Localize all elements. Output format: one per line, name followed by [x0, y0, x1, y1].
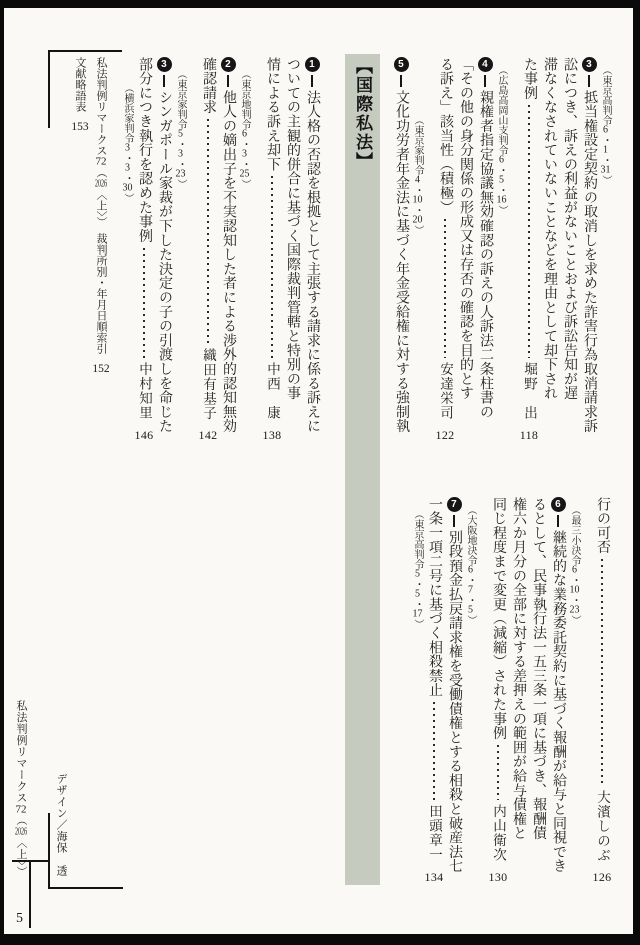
toc-entry: （大阪地決令6・7・5）7別段預金払戻請求権を受働債権とする相殺と破産法七一条一… — [411, 497, 477, 887]
title-text: る訴え」該当性（積極） — [435, 57, 455, 214]
credit-bracket-vertical — [48, 813, 50, 888]
entry-title-line: ついての主観的併合に基づく国際裁判管轄と特別の事 — [282, 57, 302, 445]
dot-leader — [528, 105, 530, 358]
title-text: た事例 — [519, 57, 539, 100]
title-text: 「その他の身分関係の形成又は存否の確認を目的とす — [455, 57, 475, 400]
page-number: 122 — [436, 425, 455, 445]
toc-entry: 1法人格の否認を根拠として主張する請求に係る訴えについての主観的併合に基づく国際… — [262, 57, 322, 445]
secondary-case-citation: （横浜家判令3・3・30） — [121, 57, 134, 445]
entry-title-line: 1法人格の否認を根拠として主張する請求に係る訴えに — [302, 57, 322, 445]
entry-title-line: 7別段預金払戻請求権を受働債権とする相殺と破産法七 — [444, 497, 464, 887]
entry-title-line: 6継続的な業務委託契約に基づく報酬が給与と同視でき — [548, 497, 568, 887]
title-text: るとして、民事執行法一五三条一項に基づき、報酬債 — [528, 497, 548, 840]
author-name: 内山衛次 — [488, 804, 508, 862]
case-citation: （最三小決令6・10・23） — [568, 497, 581, 887]
case-citation: （東京家判令4・10・20） — [411, 57, 424, 445]
entry-title-line: 訟につき、訴えの利益がないことおよび訴訟告知が遅 — [559, 57, 579, 445]
toc-entry: （広島高岡山支判令6・5・16）4親権者指定協議無効確認の訴えの人訴法二条柱書の… — [435, 57, 508, 445]
entry-title-line: 5文化功労者年金法に基づく年金受給権に対する強制執 — [391, 57, 411, 445]
dot-leader — [271, 176, 273, 358]
folio: 5 — [16, 911, 23, 927]
entry-title-line: た事例堀野 出118 — [519, 57, 539, 445]
entry-title-line: 4親権者指定協議無効確認の訴えの人訴法二条柱書の — [475, 57, 495, 445]
entry-title-line: る訴え」該当性（積極）安達栄司122 — [435, 57, 455, 445]
index-page-number: 152 — [92, 361, 109, 377]
title-text: 文化功労者年金法に基づく年金受給権に対する強制執 — [391, 90, 411, 433]
entry-title-line: 2他人の嫡出子を不実認知した者による渉外的認知無効 — [218, 57, 238, 445]
toc-entry: （東京家判令4・10・20）5文化功労者年金法に基づく年金受給権に対する強制執 — [391, 57, 424, 445]
entry-number-badge: 4 — [478, 57, 493, 72]
entry-dash — [557, 515, 559, 527]
toc-entry: （東京地判令6・3・25）2他人の嫡出子を不実認知した者による渉外的認知無効確認… — [198, 57, 251, 445]
author-name: 安達栄司 — [435, 362, 455, 420]
title-text: 同じ程度まで変更（減縮）された事例 — [488, 497, 508, 740]
toc-entry: （最三小決令6・10・23）6継続的な業務委託契約に基づく報酬が給与と同視できる… — [488, 497, 581, 887]
section-banner: 【国際私法】 — [345, 54, 380, 885]
page-number: 138 — [263, 425, 282, 445]
case-citation: （広島高岡山支判令6・5・16） — [495, 57, 508, 445]
case-citation: （東京家判令5・3・23） — [174, 57, 187, 445]
title-text: 訟につき、訴えの利益がないことおよび訴訟告知が遅 — [559, 57, 579, 400]
index-item-title: 文献略語表 — [72, 57, 88, 112]
title-text: 行の可否 — [592, 497, 612, 554]
case-citation: （東京地判令6・3・25） — [238, 57, 251, 445]
corner-bracket-top-vertical — [48, 50, 50, 128]
toc-entry: （東京高判令6・1・31）3抵当権設定契約の取消しを求めた詐害行為取消請求訴訟に… — [519, 57, 612, 445]
author-name: 中西 康 — [262, 362, 282, 420]
dot-leader — [143, 248, 145, 358]
title-text: 抵当権設定契約の取消しを求めた詐害行為取消請求訴 — [579, 90, 599, 433]
entry-dash — [588, 75, 590, 87]
title-text: 他人の嫡出子を不実認知した者による渉外的認知無効 — [218, 90, 238, 433]
title-text: シンガポール家裁が下した決定の子の引渡しを命じた — [154, 90, 174, 433]
page-number: 142 — [199, 425, 218, 445]
entry-title-line: 「その他の身分関係の形成又は存否の確認を目的とす — [455, 57, 475, 445]
entry-title-line: 行の可否大濱しのぶ126 — [592, 497, 612, 887]
title-text: 情による訴え却下 — [262, 57, 282, 171]
index-item: 文献略語表153 — [72, 57, 88, 445]
author-name: 堀野 出 — [519, 362, 539, 420]
entry-title-line: 権六か月分の全部に対する差押えの範囲が給与債権と — [508, 497, 528, 887]
section-banner-label: 【国際私法】 — [350, 54, 375, 885]
toc-page: 【国際私法】 （東京高判令6・1・31）3抵当権設定契約の取消しを求めた詐害行為… — [4, 8, 633, 934]
title-text: 一条一項二号に基づく相殺禁止 — [424, 497, 444, 697]
dot-leader — [444, 219, 446, 358]
page-number: 134 — [425, 867, 444, 887]
entry-number-badge: 7 — [447, 497, 462, 512]
continued-section-top-band: （東京高判令6・1・31）3抵当権設定契約の取消しを求めた詐害行為取消請求訴訟に… — [380, 57, 612, 445]
page-number: 130 — [489, 867, 508, 887]
author-name: 大濱しのぶ — [592, 790, 612, 863]
entry-dash — [227, 75, 229, 87]
continued-section-bottom-band: 行の可否大濱しのぶ126（最三小決令6・10・23）6継続的な業務委託契約に基づ… — [400, 497, 612, 887]
entry-number-badge: 3 — [157, 57, 172, 72]
entry-title-line: 部分につき執行を認めた事例中村知里146 — [134, 57, 154, 445]
title-text: 確認請求 — [198, 57, 218, 114]
entry-title-line: 滞なくなされていないことなどを理由として却下され — [539, 57, 559, 445]
index-item: 私法判例リマークス72（2026〈上〉） 裁判所別・年月日順索引152 — [93, 57, 109, 445]
folio-tick-vertical — [29, 860, 31, 928]
title-text: 親権者指定協議無効確認の訴えの人訴法二条柱書の — [475, 90, 495, 419]
entry-number-badge: 2 — [221, 57, 236, 72]
entry-dash — [311, 75, 313, 87]
title-text: 継続的な業務委託契約に基づく報酬が給与と同視でき — [548, 530, 568, 873]
dot-leader — [433, 702, 435, 800]
author-name: 織田有基子 — [198, 348, 218, 421]
page-number: 118 — [520, 425, 538, 445]
entry-dash — [400, 75, 402, 87]
entry-number-badge: 3 — [582, 57, 597, 72]
entry-title-line: 一条一項二号に基づく相殺禁止田頭章一134 — [424, 497, 444, 887]
title-text: 権六か月分の全部に対する差押えの範囲が給与債権と — [508, 497, 528, 840]
entry-title-line: 同じ程度まで変更（減縮）された事例内山衛次130 — [488, 497, 508, 887]
entry-title-line: 3抵当権設定契約の取消しを求めた詐害行為取消請求訴 — [579, 57, 599, 445]
case-citation: （大阪地決令6・7・5） — [464, 497, 477, 887]
toc-entry: 行の可否大濱しのぶ126 — [592, 497, 612, 887]
entry-title-line: 3シンガポール家裁が下した決定の子の引渡しを命じた — [154, 57, 174, 445]
title-text: 法人格の否認を根拠として主張する請求に係る訴えに — [302, 90, 322, 433]
entry-dash — [453, 515, 455, 527]
dot-leader — [601, 559, 603, 785]
author-name: 田頭章一 — [424, 804, 444, 862]
entry-number-badge: 1 — [305, 57, 320, 72]
entry-number-badge: 6 — [551, 497, 566, 512]
design-credit: デザイン／海保 透 — [53, 773, 68, 877]
international-section-band: 1法人格の否認を根拠として主張する請求に係る訴えについての主観的併合に基づく国際… — [67, 57, 322, 445]
page-number: 146 — [135, 425, 154, 445]
dot-leader — [497, 745, 499, 800]
title-text: 滞なくなされていないことなどを理由として却下され — [539, 57, 559, 400]
entry-title-line: るとして、民事執行法一五三条一項に基づき、報酬債 — [528, 497, 548, 887]
credit-bracket-horizontal — [48, 887, 123, 889]
entry-title-line: 情による訴え却下中西 康138 — [262, 57, 282, 445]
index-item-title: 私法判例リマークス72（2026〈上〉） 裁判所別・年月日順索引 — [93, 57, 109, 354]
entry-dash — [484, 75, 486, 87]
corner-bracket-top-horizontal — [48, 50, 122, 52]
index-page-number: 153 — [71, 119, 88, 135]
title-text: 別段預金払戻請求権を受働債権とする相殺と破産法七 — [444, 530, 464, 873]
case-citation: （東京高判令6・1・31） — [599, 57, 612, 445]
entry-number-badge: 5 — [394, 57, 409, 72]
page-number: 126 — [593, 867, 612, 887]
title-text: 部分につき執行を認めた事例 — [134, 57, 154, 243]
running-title: 私法判例リマークス72（2026〈上〉） — [13, 700, 28, 878]
title-text: ついての主観的併合に基づく国際裁判管轄と特別の事 — [282, 57, 302, 400]
secondary-case-citation: （東京高判令5・5・17） — [411, 497, 424, 887]
entry-dash — [163, 75, 165, 87]
toc-entry: （東京家判令5・3・23）3シンガポール家裁が下した決定の子の引渡しを命じた部分… — [121, 57, 187, 445]
author-name: 中村知里 — [134, 362, 154, 420]
entry-title-line: 確認請求織田有基子142 — [198, 57, 218, 445]
dot-leader — [207, 119, 209, 343]
